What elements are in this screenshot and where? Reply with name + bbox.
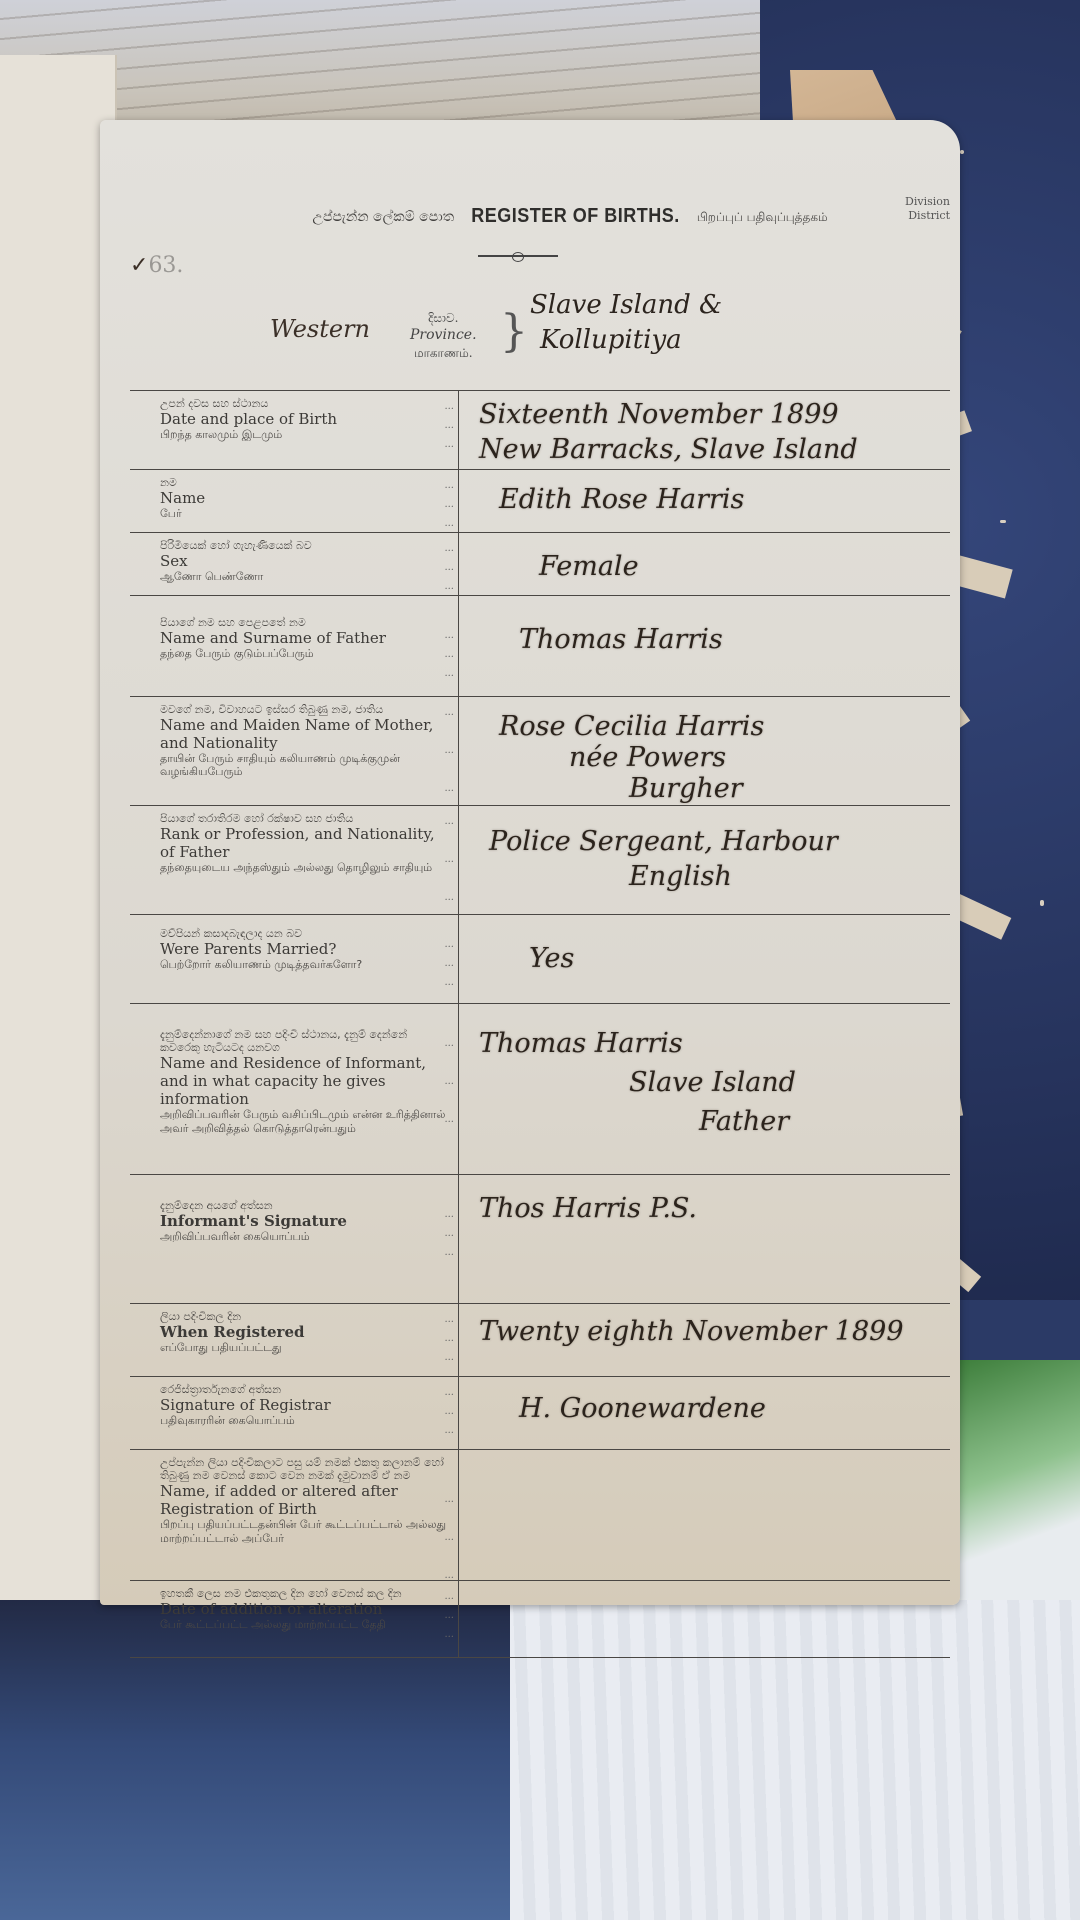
brace-glyph: } bbox=[500, 310, 528, 354]
value-mother-name-nationality: Rose Cecilia Harris née Powers Burgher bbox=[459, 697, 950, 805]
province-value-handwritten: Slave Island & Kollupitiya bbox=[530, 288, 722, 358]
field-name: නම Name பேர் ......... Edith Rose Harris bbox=[130, 469, 950, 532]
register-header: උප්පැන්න ලේකම් පොත REGISTER OF BIRTHS. ப… bbox=[250, 205, 890, 226]
field-informant-signature: දැනුම්දෙන අයගේ අත්සන Informant's Signatu… bbox=[130, 1174, 950, 1303]
value-registrar-signature: H. Goonewardene bbox=[459, 1377, 950, 1449]
title-tamil: பிறப்புப் பதிவுப்புத்தகம் bbox=[697, 210, 828, 224]
value-informant-signature: Thos Harris P.S. bbox=[459, 1175, 950, 1303]
field-informant-name-residence: දැනුම්දෙන්නාගේ නම සහ පදිංචි ස්ථානය, දැනු… bbox=[130, 1003, 950, 1174]
register-form: උපන් දවස සහ ස්ථානය Date and place of Bir… bbox=[130, 390, 950, 1658]
province-label: දිසාව. Province. மாகாணம். bbox=[410, 310, 477, 361]
value-date-place-of-birth: Sixteenth November 1899 New Barracks, Sl… bbox=[459, 391, 950, 469]
value-when-registered: Twenty eighth November 1899 bbox=[459, 1304, 950, 1376]
province-row: Western දිසාව. Province. மாகாணம். } Slav… bbox=[180, 270, 900, 390]
ornament-divider bbox=[478, 255, 558, 257]
value-name-added-altered bbox=[459, 1450, 950, 1580]
value-name: Edith Rose Harris bbox=[459, 470, 950, 532]
field-father-profession: පියාගේ තරාතිරම හෝ රක්ෂාව සහ ජාතිය Rank o… bbox=[130, 805, 950, 914]
value-parents-married: Yes bbox=[459, 915, 950, 1003]
value-father-name: Thomas Harris bbox=[459, 596, 950, 696]
field-when-registered: ලියා පදිංචිකල දින When Registered எப்போத… bbox=[130, 1303, 950, 1376]
green-bag-background bbox=[950, 1360, 1080, 1610]
entry-number: ✓63. bbox=[130, 253, 183, 278]
field-date-place-of-birth: උපන් දවස සහ ස්ථානය Date and place of Bir… bbox=[130, 390, 950, 469]
title-sinhala: උප්පැන්න ලේකම් පොත bbox=[312, 209, 454, 225]
field-mother-name-nationality: මවගේ නම, විවාහයට ඉස්සර තිබුණු නම, ජාතිය … bbox=[130, 696, 950, 805]
edge-labels: Division District bbox=[890, 195, 950, 224]
birth-register-page: උප්පැන්න ලේකම් පොත REGISTER OF BIRTHS. ப… bbox=[100, 120, 960, 1605]
value-sex: Female bbox=[459, 533, 950, 595]
field-sex: පිරිමියෙක් හෝ ගැහැණියෙක් බව Sex ஆணோ பெண்… bbox=[130, 532, 950, 595]
field-name-added-altered: උප්පැන්න ලියා පදිංචිකලාට පසු යම් නමක් එක… bbox=[130, 1449, 950, 1580]
field-father-name: පියාගේ නම සහ පෙළපතේ නම Name and Surname … bbox=[130, 595, 950, 696]
regional-division-handwritten: Western bbox=[270, 315, 370, 343]
form-bottom-rule bbox=[130, 1657, 950, 1658]
value-father-profession: Police Sergeant, Harbour English bbox=[459, 806, 950, 914]
value-date-addition-alteration bbox=[459, 1581, 950, 1657]
field-registrar-signature: රෙජිස්ත්‍රාර්තැනගේ අත්සන Signature of Re… bbox=[130, 1376, 950, 1449]
field-parents-married: මව්පියන් කසාදබැඳලාද යන බව Were Parents M… bbox=[130, 914, 950, 1003]
field-date-addition-alteration: ඉහතකී ලෙස නම එකතුකල දින හෝ වෙනස් කල දින … bbox=[130, 1580, 950, 1657]
title-english: REGISTER OF BIRTHS. bbox=[471, 203, 680, 227]
value-informant-name-residence: Thomas Harris Slave Island Father bbox=[459, 1004, 950, 1174]
